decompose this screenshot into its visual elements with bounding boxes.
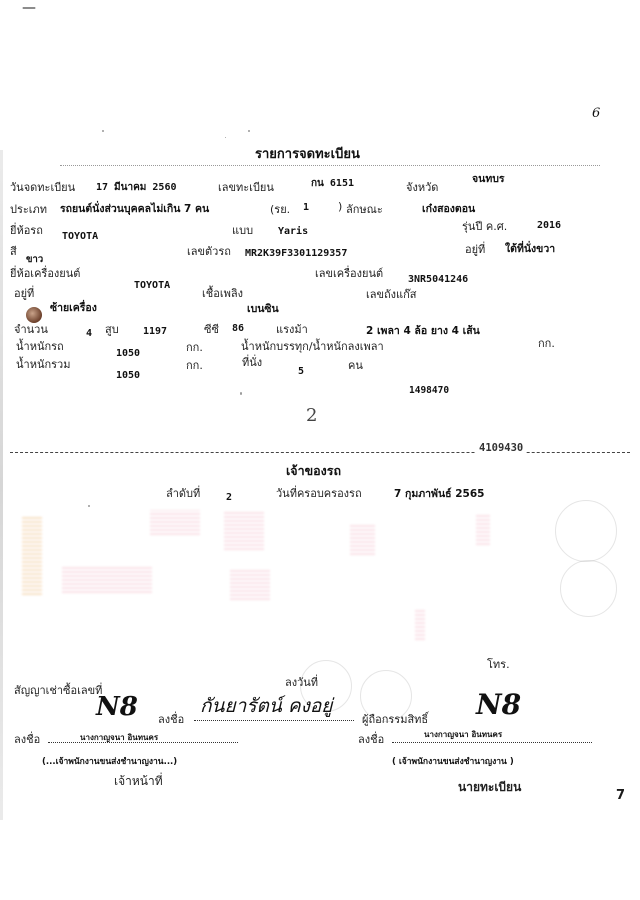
engine-number: 3NR5041246 xyxy=(408,274,468,285)
redacted-area xyxy=(350,525,375,555)
corner-mark: — xyxy=(22,0,36,16)
sign-date-label: ลงวันที่ xyxy=(285,673,318,691)
character-label: ลักษณะ xyxy=(346,200,383,218)
color-label: สี xyxy=(10,242,17,260)
possession-date-label: วันที่ครอบครองรถ xyxy=(276,484,362,502)
serial-number: 1498470 xyxy=(409,385,449,396)
seats-unit: คน xyxy=(348,356,363,374)
engine-brand: TOYOTA xyxy=(134,280,170,291)
scan-edge xyxy=(0,150,3,820)
registrar-sign-line xyxy=(392,742,592,743)
officer-position: (...เจ้าพนักงานขนส่งชำนาญงาน...) xyxy=(42,754,177,768)
redacted-area xyxy=(22,515,42,595)
handwritten-entry-number: 2 xyxy=(306,405,317,426)
engine-brand-label: ยี่ห้อเครื่องยนต์ xyxy=(10,264,80,282)
holder-signature: กันยารัตน์ คงอยู่ xyxy=(200,691,332,721)
phone-label: โทร. xyxy=(487,655,510,673)
gross-weight: 1050 xyxy=(116,370,140,381)
watermark-circle xyxy=(555,500,617,562)
redacted-area xyxy=(150,510,200,535)
scan-noise xyxy=(248,130,250,132)
cylinders: 4 xyxy=(86,328,92,339)
section-divider xyxy=(10,452,630,453)
scan-noise xyxy=(225,137,226,138)
reg-date: 17 มีนาคม 2560 xyxy=(96,180,177,195)
title-underline xyxy=(60,165,600,166)
holder-label: ผู้ถือกรรมสิทธิ์ xyxy=(362,710,428,728)
scan-noise xyxy=(88,505,90,507)
registrar-position: ( เจ้าพนักงานขนส่งชำนาญงาน ) xyxy=(392,754,514,768)
load-unit: กก. xyxy=(538,334,555,352)
chassis-location: ใต้ที่นั่งขวา xyxy=(505,240,555,257)
divider-serial: 4109430 xyxy=(476,442,526,454)
vehicle-character: เก๋งสองตอน xyxy=(422,200,475,217)
redacted-area xyxy=(62,565,152,593)
model-year: 2016 xyxy=(537,220,561,231)
province-label: จังหวัด xyxy=(406,178,438,196)
cylinders-label: จำนวน xyxy=(14,320,48,338)
plate-number: กน 6151 xyxy=(311,176,354,191)
province: จนทบร xyxy=(472,170,505,187)
hire-purchase-label: สัญญาเช่าซื้อเลขที่ xyxy=(14,681,102,699)
year-label: รุ่นปี ค.ศ. xyxy=(462,217,507,235)
registration-title: รายการจดทะเบียน xyxy=(255,143,360,164)
chassis-location-label: อยู่ที่ xyxy=(465,240,485,258)
redacted-area xyxy=(415,610,425,640)
brand: TOYOTA xyxy=(62,231,98,242)
brand-label: ยี่ห้อรถ xyxy=(10,221,43,239)
officer-name: นางกาญจนา อินทนคร xyxy=(80,731,158,744)
scan-noise xyxy=(240,392,242,395)
rs-close: ) xyxy=(338,200,342,213)
gross-weight-label: น้ำหนักรวม xyxy=(16,355,70,373)
engine-location-label: อยู่ที่ xyxy=(14,284,34,302)
registration-document-page: — 6 รายการจดทะเบียน วันจดทะเบียน 17 มีนา… xyxy=(0,0,640,900)
seats-label: ที่นั่ง xyxy=(242,353,262,371)
plate-label: เลขทะเบียน xyxy=(218,178,274,196)
rs-label: (รย. xyxy=(270,200,290,218)
page-number-bottom: 7 xyxy=(616,788,625,803)
watermark-circle xyxy=(560,560,617,617)
scan-noise xyxy=(102,130,104,132)
holder-initials-signature: N8 xyxy=(476,688,521,721)
model: Yaris xyxy=(278,226,308,237)
fuel: เบนซิน xyxy=(247,300,279,317)
owner-order-label: ลำดับที่ xyxy=(166,484,200,502)
owner-title: เจ้าของรถ xyxy=(286,461,341,481)
fuel-label: เชื้อเพลิง xyxy=(202,284,243,302)
cc-label: ซีซี xyxy=(204,320,219,338)
holder-sign-label: ลงชื่อ xyxy=(158,710,184,728)
model-label: แบบ xyxy=(232,221,253,239)
type-label: ประเภท xyxy=(10,200,47,218)
chassis-number: MR2K39F3301129357 xyxy=(245,248,347,259)
possession-date: 7 กุมภาพันธ์ 2565 xyxy=(394,485,484,502)
vehicle-type: รถยนต์นั่งส่วนบุคคลไม่เกิน 7 คน xyxy=(60,200,209,217)
engine-location: ซ้ายเครื่อง xyxy=(50,299,97,316)
load-label: น้ำหนักบรรทุก/น้ำหนักลงเพลา xyxy=(241,337,384,355)
redacted-area xyxy=(230,570,270,600)
cylinders-unit: สูบ xyxy=(105,320,119,338)
registrar-sign-label: ลงชื่อ xyxy=(358,730,384,748)
redacted-area xyxy=(476,515,490,545)
weight-label: น้ำหนักรถ xyxy=(16,337,64,355)
vehicle-weight: 1050 xyxy=(116,348,140,359)
horsepower: 86 xyxy=(232,323,244,334)
seats: 5 xyxy=(298,366,304,377)
redacted-area xyxy=(224,510,264,550)
chassis-label: เลขตัวรถ xyxy=(187,242,231,260)
officer-sign-label: ลงชื่อ xyxy=(14,730,40,748)
registrar-name: นางกาญจนา อินทนคร xyxy=(424,728,502,741)
owner-order: 2 xyxy=(226,492,232,503)
officer-initials-signature: N8 xyxy=(96,692,138,722)
gross-weight-unit: กก. xyxy=(186,356,203,374)
officer-title: เจ้าหน้าที่ xyxy=(114,772,163,791)
weight-unit: กก. xyxy=(186,338,203,356)
horsepower-label: แรงม้า xyxy=(276,320,308,338)
page-number-top: 6 xyxy=(592,106,600,121)
registrar-title: นายทะเบียน xyxy=(458,778,521,797)
gas-tank-label: เลขถังแก๊ส xyxy=(366,285,417,303)
engine-number-label: เลขเครื่องยนต์ xyxy=(315,264,383,282)
engine-cc: 1197 xyxy=(143,326,167,337)
reg-date-label: วันจดทะเบียน xyxy=(10,178,75,196)
rs-value: 1 xyxy=(303,202,309,213)
